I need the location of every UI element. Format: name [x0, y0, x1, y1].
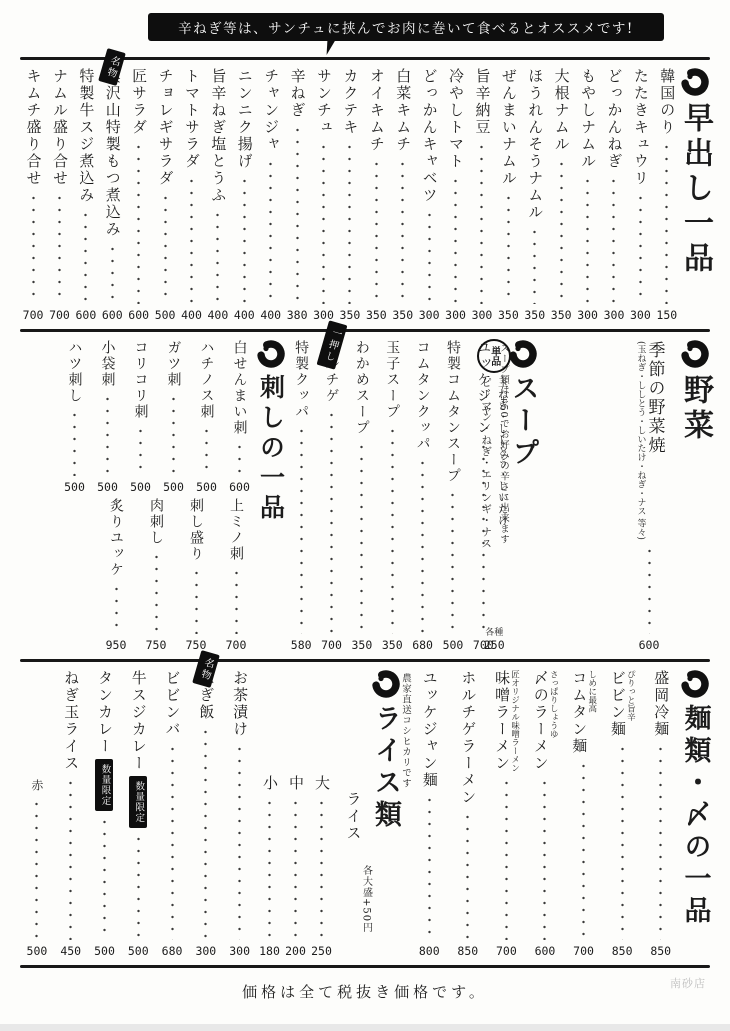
- menu-item: トマトサラダ 400: [178, 65, 204, 323]
- item-name: 刺し盛り: [189, 498, 203, 562]
- item-price: 600: [639, 638, 660, 653]
- oomori-note: 各大盛+50円: [361, 865, 371, 933]
- brush-circle-icon: [680, 67, 710, 97]
- item-price: 580: [291, 638, 312, 653]
- brush-circle-icon: [680, 339, 710, 369]
- item-name: チョレギサラダ: [158, 68, 173, 187]
- dot-leader: [428, 794, 431, 940]
- menu-item: ぴりっと旨辛 ビビン麺 850: [603, 667, 642, 959]
- dot-leader: [348, 141, 351, 304]
- section-header: 野菜: [680, 337, 710, 653]
- menu-item: 炙りユッケ 950: [96, 495, 136, 653]
- item-name: 玉子スープ: [385, 340, 399, 420]
- item-name: 大根ナムル: [554, 68, 569, 153]
- item-price: 300: [229, 944, 250, 959]
- section-divider: [20, 659, 710, 662]
- item-name: ハチノス刺: [200, 340, 214, 420]
- dot-leader: [73, 409, 76, 476]
- item-price: 700: [473, 638, 494, 653]
- item-name: ニンニク揚げ: [237, 68, 252, 170]
- item-name: 味噌ラーメン: [494, 670, 509, 772]
- menu-item: 旨辛納豆 300: [469, 65, 495, 323]
- item-note: ぴりっと旨辛: [626, 670, 635, 721]
- dot-leader: [543, 777, 546, 940]
- item-price: 300: [630, 308, 651, 323]
- menu-item: 白せんまい刺 600: [223, 337, 256, 495]
- item-name: 辛ねぎ: [290, 68, 305, 119]
- dot-leader: [375, 158, 378, 304]
- menu-item: ぜんまいナムル 350: [495, 65, 521, 323]
- dot-leader: [115, 583, 118, 634]
- item-name: 〆のラーメン: [533, 670, 548, 772]
- section-header: 刺しの一品: [256, 337, 286, 653]
- dot-leader: [621, 743, 624, 940]
- section-bottom: 麺類・〆の一品 盛岡冷麺 850 ぴりっと: [20, 663, 710, 964]
- dot-leader: [137, 141, 140, 304]
- section-title: 麺類・〆の一品: [682, 704, 709, 928]
- dot-leader: [659, 743, 662, 940]
- dot-leader: [35, 798, 38, 940]
- menu-item: ナムル盛り合せ 700: [46, 65, 72, 323]
- item-name: サンチュ: [316, 68, 331, 136]
- banner-text: 辛ねぎ等は、サンチュに挟んでお肉に巻いて食べるとオススメです!: [178, 17, 634, 37]
- dot-leader: [269, 158, 272, 304]
- item-name: 具沢山特製もつ煮込み: [105, 68, 120, 238]
- section-header: 早出し一品: [680, 65, 710, 323]
- brush-circle-icon: [256, 339, 286, 369]
- dot-leader: [84, 209, 87, 304]
- item-name: キムチ盛り合せ: [26, 68, 41, 187]
- menu-item: チョレギサラダ 500: [152, 65, 178, 323]
- item-name: 季節の野菜焼: [646, 341, 663, 455]
- item-price: 400: [260, 308, 281, 323]
- dot-leader: [205, 425, 208, 476]
- item-price: 850: [457, 944, 478, 959]
- menu-item: たたきキュウリ 300: [627, 65, 653, 323]
- dot-leader: [586, 175, 589, 304]
- dot-leader: [171, 743, 174, 940]
- menu-item: さっぱりしょうゆ 〆のラーメン 600: [526, 667, 565, 959]
- item-price: 400: [181, 308, 202, 323]
- item-price: 680: [162, 944, 183, 959]
- item-name: 肉刺し: [149, 498, 163, 546]
- menu-item: ハチノス刺 500: [190, 337, 223, 495]
- menu-item: 牛スジカレー 数量限定 500: [121, 667, 155, 959]
- dot-leader: [648, 545, 651, 634]
- item-name: 上ミノ刺: [229, 498, 243, 562]
- item-name: 白菜キムチ: [395, 68, 410, 153]
- item-name: コムタンクッパ: [416, 340, 430, 452]
- dot-leader: [454, 175, 457, 304]
- menu-item: タンカレー 数量限定 500: [88, 667, 122, 959]
- menu-item: 旨辛ねぎ塩とうふ 400: [205, 65, 231, 323]
- dot-leader: [294, 797, 297, 940]
- item-price: 300: [577, 308, 598, 323]
- dot-leader: [139, 425, 142, 476]
- dot-leader: [533, 226, 536, 304]
- dot-leader: [238, 743, 241, 940]
- menu-item: 特製コムタンスープ 500: [438, 337, 468, 653]
- item-price: 950: [106, 638, 127, 653]
- item-name: ガツ刺: [167, 340, 181, 388]
- item-price: 800: [419, 944, 440, 959]
- item-name: ほうれんそうナムル: [527, 68, 542, 221]
- menu-item: 大 250: [309, 667, 335, 959]
- menu-item: 白菜キムチ 350: [390, 65, 416, 323]
- item-name: 冷やしトマト: [448, 68, 463, 170]
- item-name: ホルチゲラーメン: [460, 670, 475, 806]
- item-price: 350: [382, 638, 403, 653]
- item-name: 赤: [31, 779, 43, 793]
- item-price: 300: [195, 944, 216, 959]
- dot-leader: [482, 441, 485, 634]
- item-price: 700: [573, 944, 594, 959]
- dot-leader: [32, 192, 35, 304]
- section-header: ライス類: [371, 667, 401, 959]
- item-name: タンカレー: [97, 670, 112, 755]
- menu-item: ビビンバ 680: [155, 667, 189, 959]
- menu-item: 季節の野菜焼 (玉ねぎ・ししとう・しいたけ・ねぎ・ナス 等々) 600: [618, 337, 680, 653]
- item-name: 大: [314, 775, 329, 792]
- dot-leader: [190, 175, 193, 304]
- item-name: どっかんキャベツ: [422, 68, 437, 204]
- dot-leader: [505, 777, 508, 940]
- section-title: ライス類: [372, 704, 399, 832]
- section-title: 早出し一品: [680, 102, 710, 277]
- rice-size-group: ライス 大 250 中 200: [257, 667, 361, 959]
- menu-item: ガツ刺 500: [157, 337, 190, 495]
- menu-item: 特製クッパ 580: [286, 337, 316, 653]
- menu-item: しめに最高 コムタン麺 700: [564, 667, 603, 959]
- item-price: 150: [656, 308, 677, 323]
- item-price: 500: [196, 480, 217, 495]
- dot-leader: [612, 175, 615, 304]
- dot-leader: [243, 175, 246, 304]
- dot-leader: [268, 797, 271, 940]
- item-name: 小袋刺: [101, 340, 115, 388]
- menu-item: オイキムチ 350: [363, 65, 389, 323]
- item-name: オイキムチ: [369, 68, 384, 153]
- menu-item: サンチュ 300: [310, 65, 336, 323]
- item-tag: 数量限定: [95, 759, 113, 811]
- menu-item: 一押し ホルチゲ 700: [316, 337, 346, 653]
- item-name: 盛岡冷麺: [653, 670, 668, 738]
- dot-leader: [639, 192, 642, 304]
- item-name: カクテキ: [342, 68, 357, 136]
- dot-leader: [164, 192, 167, 304]
- section-title: 刺しの一品: [259, 374, 284, 524]
- menu-item: 小 180: [257, 667, 283, 959]
- menu-page: 辛ねぎ等は、サンチュに挟んでお肉に巻いて食べるとオススメです! 早出し一品 韓国…: [0, 0, 730, 1024]
- section-header: 麺類・〆の一品: [680, 667, 710, 959]
- item-tag: 数量限定: [129, 776, 147, 828]
- menu-item: 冷やしトマト 300: [442, 65, 468, 323]
- menu-item: どっかんキャベツ 300: [416, 65, 442, 323]
- item-name: 特製コムタンスープ: [446, 340, 460, 484]
- tanpin-line: 玉ねぎ・ししとう・しいたけ: [497, 377, 508, 625]
- item-name: ハツ刺し: [68, 340, 82, 404]
- menu-item: 中 200: [283, 667, 309, 959]
- menu-item: キムチ盛り合せ 700: [20, 65, 46, 323]
- menu-item: 肉刺し 750: [136, 495, 176, 653]
- section-hayadashi: 早出し一品 韓国のり 150: [20, 61, 710, 328]
- item-price: 500: [27, 944, 48, 959]
- menu-item: 名物 ねぎ飯 300: [189, 667, 223, 959]
- item-name: 匠サラダ: [131, 68, 146, 136]
- item-price: 600: [102, 308, 123, 323]
- item-price: 350: [340, 308, 361, 323]
- menu-item: コムタンクッパ 680: [407, 337, 437, 653]
- item-price: 300: [472, 308, 493, 323]
- dot-leader: [391, 425, 394, 634]
- dot-leader: [401, 158, 404, 304]
- item-price: 850: [650, 944, 671, 959]
- menu-item: チャンジャ 400: [258, 65, 284, 323]
- dot-leader: [451, 489, 454, 634]
- dot-leader: [360, 441, 363, 634]
- item-name: トマトサラダ: [184, 68, 199, 170]
- item-price: 700: [23, 308, 44, 323]
- dot-leader: [330, 409, 333, 634]
- subsection-yasai: 野菜 季節の野菜焼 (玉ねぎ・ししとう・しいたけ・ねぎ・ナス 等々) 600 単…: [538, 337, 710, 653]
- menu-item: 盛岡冷麺 850: [641, 667, 680, 959]
- item-price: 380: [287, 308, 308, 323]
- dot-leader: [582, 760, 585, 940]
- item-name: ねぎ玉ライス: [63, 670, 78, 772]
- item-name: 旨辛納豆: [474, 68, 489, 136]
- item-name: ぜんまいナムル: [501, 68, 516, 187]
- item-name: たたきキュウリ: [633, 68, 648, 187]
- soup-items: ユッケジャン 700 特製コムタンスープ: [286, 337, 499, 653]
- menu-item: ユッケジャン麺 800: [410, 667, 449, 959]
- item-name: 特製牛スジ煮込み: [78, 68, 93, 204]
- section-divider: [20, 329, 710, 332]
- item-note: 匠オリジナル味噌ラーメン: [510, 670, 519, 772]
- dot-leader: [155, 551, 158, 634]
- item-price: 300: [419, 308, 440, 323]
- menu-item: お茶漬け 300: [223, 667, 257, 959]
- brush-circle-icon: [680, 669, 710, 699]
- item-name: 炙りユッケ: [109, 498, 123, 578]
- menu-item: 特製牛スジ煮込み 600: [73, 65, 99, 323]
- item-price: 350: [366, 308, 387, 323]
- dot-leader: [320, 797, 323, 940]
- subsection-sashi: 刺しの一品 白せんまい刺 600 ハチノス刺: [20, 337, 286, 653]
- item-note: (玉ねぎ・ししとう・しいたけ・ねぎ・ナス 等々): [636, 341, 645, 540]
- item-price: 500: [94, 944, 115, 959]
- item-price: 600: [128, 308, 149, 323]
- item-name: コムタン麺: [571, 670, 586, 755]
- section-title: 野菜: [680, 374, 710, 444]
- dot-leader: [69, 777, 72, 940]
- dot-leader: [507, 192, 510, 304]
- item-name: 旨辛ねぎ塩とうふ: [210, 68, 225, 204]
- dot-leader: [665, 141, 668, 304]
- menu-item: ハツ刺し 500: [58, 337, 91, 495]
- dot-leader: [296, 124, 299, 304]
- item-name: ビビンバ: [165, 670, 180, 738]
- dot-leader: [560, 158, 563, 304]
- banner-area: 辛ねぎ等は、サンチュに挟んでお肉に巻いて食べるとオススメです!: [20, 10, 710, 56]
- item-price: 500: [128, 944, 149, 959]
- item-price: 700: [496, 944, 517, 959]
- item-name: 小: [262, 775, 277, 792]
- dot-leader: [111, 243, 114, 304]
- menu-item: 辛ねぎ 380: [284, 65, 310, 323]
- dot-leader: [480, 141, 483, 304]
- menu-item: 韓国のり 150: [654, 65, 680, 323]
- dot-leader: [235, 567, 238, 634]
- item-name: 牛スジカレー: [131, 670, 146, 772]
- item-price: 500: [163, 480, 184, 495]
- section-note: 農家直送コシヒカリです: [401, 673, 411, 959]
- dot-leader: [300, 425, 303, 634]
- item-price: 400: [208, 308, 229, 323]
- menu-item: ユッケジャン 700: [468, 337, 498, 653]
- menu-item: コリコリ刺 500: [124, 337, 157, 495]
- item-price: 500: [97, 480, 118, 495]
- section-middle: 野菜 季節の野菜焼 (玉ねぎ・ししとう・しいたけ・ねぎ・ナス 等々) 600 単…: [20, 333, 710, 658]
- store-name: 南砂店: [670, 975, 706, 991]
- menu-item: 小袋刺 500: [91, 337, 124, 495]
- menu-item: 匠オリジナル味噌ラーメン 味噌ラーメン 700: [487, 667, 526, 959]
- item-name: ビビン麺: [610, 670, 625, 738]
- item-price: 600: [535, 944, 556, 959]
- footer: 価格は全て税抜き価格です。 南砂店: [20, 969, 710, 1031]
- item-price: 700: [226, 638, 247, 653]
- dot-leader: [195, 567, 198, 634]
- menu-item: ねぎ玉ライス 450: [54, 667, 88, 959]
- item-note: さっぱりしょうゆ: [549, 670, 558, 738]
- item-price: 400: [234, 308, 255, 323]
- subsection-rice: 農家直送コシヒカリです ライス類 各大盛+50円 ライス 大: [20, 667, 410, 959]
- sashi-row-2: 上ミノ刺 700 刺し盛り 750 肉刺し: [20, 495, 256, 653]
- item-name: 特製クッパ: [294, 340, 308, 420]
- dot-leader: [238, 441, 241, 476]
- hayadashi-items: 韓国のり 150 たたきキュウリ 300: [20, 65, 680, 323]
- dot-leader: [322, 141, 325, 304]
- banner-tail: [323, 40, 336, 55]
- item-price: 700: [49, 308, 70, 323]
- item-name: お茶漬け: [232, 670, 247, 738]
- item-price: 250: [311, 944, 332, 959]
- rice-sizes: 大 250 中 200 小: [257, 667, 335, 959]
- item-price: 350: [551, 308, 572, 323]
- dot-leader: [216, 209, 219, 304]
- item-price: 500: [64, 480, 85, 495]
- item-price: 200: [285, 944, 306, 959]
- menu-item: 上ミノ刺 700: [216, 495, 256, 653]
- item-price: 350: [392, 308, 413, 323]
- item-name: ナムル盛り合せ: [52, 68, 67, 187]
- item-price: 350: [498, 308, 519, 323]
- dot-leader: [137, 833, 140, 940]
- item-price: 700: [321, 638, 342, 653]
- menu-item: ほうれんそうナムル 350: [522, 65, 548, 323]
- item-price: 500: [130, 480, 151, 495]
- dot-leader: [421, 457, 424, 634]
- menu-item: 玉子スープ 350: [377, 337, 407, 653]
- item-price: 500: [443, 638, 464, 653]
- item-price: 600: [229, 480, 250, 495]
- item-name: ユッケジャン: [476, 340, 490, 436]
- dot-leader: [204, 726, 207, 940]
- menu-item: もやしナムル 300: [574, 65, 600, 323]
- menu-item: 名物 具沢山特製もつ煮込み 600: [99, 65, 125, 323]
- dot-leader: [106, 393, 109, 476]
- menu-item: ホルチゲラーメン 850: [449, 667, 488, 959]
- rice-items: お茶漬け 300 名物 ねぎ飯 300: [20, 667, 257, 959]
- dot-leader: [466, 811, 469, 940]
- sashi-row-1: 白せんまい刺 600 ハチノス刺 500 ガツ刺: [20, 337, 256, 495]
- item-price: 450: [60, 944, 81, 959]
- dot-leader: [58, 192, 61, 304]
- item-name: 白せんまい刺: [233, 340, 247, 436]
- dot-leader: [428, 209, 431, 304]
- men-items: 盛岡冷麺 850 ぴりっと旨辛 ビビン麺 850: [410, 667, 680, 959]
- menu-item: 大根ナムル 350: [548, 65, 574, 323]
- tax-note: 価格は全て税抜き価格です。: [242, 981, 488, 1002]
- section-divider: [20, 965, 710, 968]
- subsection-men: 麺類・〆の一品 盛岡冷麺 850 ぴりっと: [410, 667, 710, 959]
- item-price: 350: [524, 308, 545, 323]
- menu-item: 匠サラダ 600: [125, 65, 151, 323]
- item-price: 300: [445, 308, 466, 323]
- menu-item: 赤 500: [20, 667, 54, 959]
- item-name: どっかんねぎ: [606, 68, 621, 170]
- item-note: しめに最高: [587, 670, 596, 713]
- item-price: 850: [612, 944, 633, 959]
- item-name: チャンジャ: [263, 68, 278, 153]
- item-price: 750: [146, 638, 167, 653]
- item-name: コリコリ刺: [134, 340, 148, 420]
- item-price: 500: [155, 308, 176, 323]
- item-price: 180: [259, 944, 280, 959]
- item-price: 300: [604, 308, 625, 323]
- item-name: 中: [288, 775, 303, 792]
- item-name: もやしナムル: [580, 68, 595, 170]
- brush-circle-icon: [371, 669, 401, 699]
- dot-leader: [172, 393, 175, 476]
- recommendation-banner: 辛ねぎ等は、サンチュに挟んでお肉に巻いて食べるとオススメです!: [148, 13, 664, 41]
- item-name: ユッケジャン麺: [422, 670, 437, 789]
- item-price: 350: [351, 638, 372, 653]
- menu-item: ニンニク揚げ 400: [231, 65, 257, 323]
- item-name: ライス: [335, 667, 361, 959]
- item-name: わかめスープ: [355, 340, 369, 436]
- item-price: 680: [412, 638, 433, 653]
- item-name: 韓国のり: [659, 68, 674, 136]
- dot-leader: [103, 816, 106, 940]
- menu-item: 刺し盛り 750: [176, 495, 216, 653]
- menu-item: カクテキ 350: [337, 65, 363, 323]
- menu-item: わかめスープ 350: [347, 337, 377, 653]
- item-price: 600: [75, 308, 96, 323]
- menu-item: どっかんねぎ 300: [601, 65, 627, 323]
